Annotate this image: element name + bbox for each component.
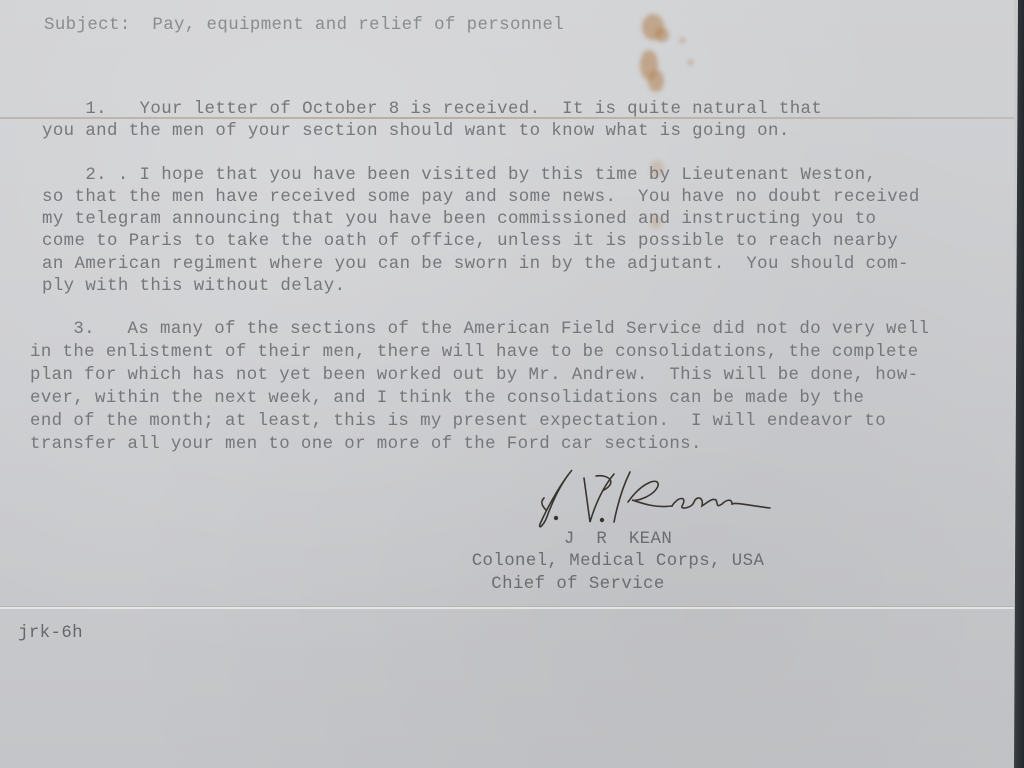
letter-paper: Subject: Pay, equipment and relief of pe… (0, 0, 1014, 768)
paragraph-line: 1. Your letter of October 8 is received.… (42, 100, 822, 120)
signer-role: Chief of Service (458, 575, 698, 595)
typed-name: J R KEAN (458, 530, 778, 550)
paragraph-line: come to Paris to take the oath of office… (42, 232, 898, 252)
paragraph-line: an American regiment where you can be sw… (42, 255, 909, 275)
signer-title: Colonel, Medical Corps, USA (458, 552, 778, 572)
paragraph-line: ply with this without delay. (42, 277, 345, 297)
paragraph-line: 2. . I hope that you have been visited b… (42, 166, 876, 186)
paragraph-line: ever, within the next week, and I think … (30, 389, 864, 409)
paragraph-line: my telegram announcing that you have bee… (42, 210, 876, 230)
water-stain (648, 70, 664, 92)
water-stain (655, 28, 669, 42)
paragraph-line: plan for which has not yet been worked o… (30, 366, 919, 386)
handwritten-signature (532, 462, 772, 532)
background-edge (1014, 0, 1024, 768)
reference-initials: jrk-6h (18, 624, 83, 644)
paragraph-line: in the enlistment of their men, there wi… (30, 343, 919, 363)
paragraph-line: you and the men of your section should w… (42, 122, 790, 142)
paragraph-line: end of the month; at least, this is my p… (30, 412, 886, 432)
subject-line: Subject: Pay, equipment and relief of pe… (44, 16, 564, 36)
water-stain (680, 38, 685, 43)
water-stain (688, 60, 693, 65)
paragraph-line: 3. As many of the sections of the Americ… (30, 320, 929, 340)
paragraph-line: so that the men have received some pay a… (42, 188, 920, 208)
paper-fold-crease (0, 607, 1014, 609)
paragraph-line: transfer all your men to one or more of … (30, 435, 702, 455)
